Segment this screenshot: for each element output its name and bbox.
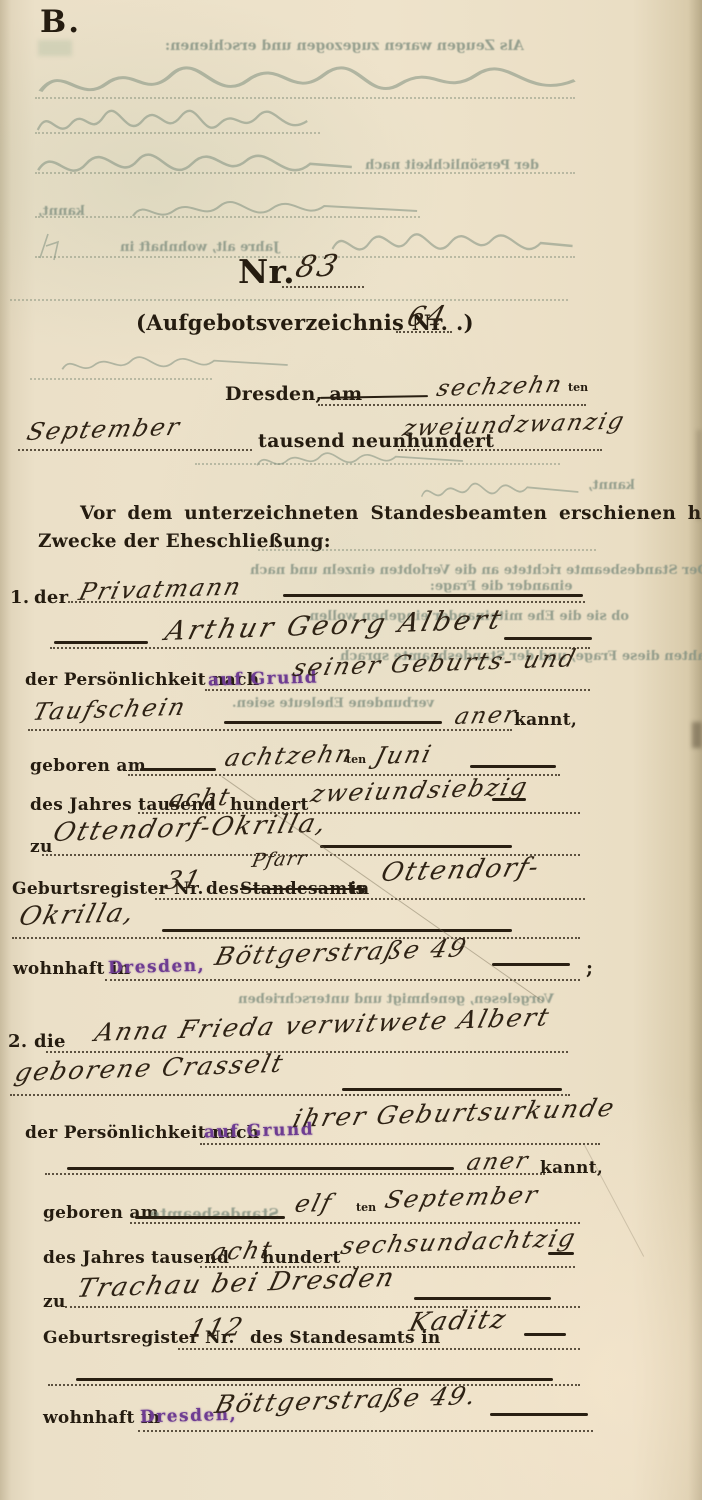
bride-year-tens-handwritten: sechsundachtzig xyxy=(338,1224,580,1260)
bride-name-rule xyxy=(46,1051,568,1053)
pen-stroke xyxy=(414,1297,551,1300)
groom-basis-rule xyxy=(28,729,512,731)
date-place-label: Dresden, am xyxy=(225,383,362,405)
year-handwritten: zweiundzwanzig xyxy=(400,408,628,442)
bride-born-rule xyxy=(130,1222,580,1224)
ink-smudge xyxy=(38,40,72,56)
groom-recognized-printed: kannt, xyxy=(514,710,577,730)
bride-born-label: geboren am xyxy=(43,1203,159,1223)
groom-full-name-handwritten: Arthur Georg Albert xyxy=(162,604,507,647)
pen-stroke xyxy=(492,963,570,966)
pen-stroke xyxy=(504,637,592,640)
scanned-marriage-record: B. Als Zeugen waren zugezogen und erschi… xyxy=(0,0,702,1500)
pen-stroke xyxy=(162,929,512,932)
groom-article: der xyxy=(34,587,68,608)
groom-year-tens-handwritten: zweiundsiebzig xyxy=(308,773,532,808)
bleedthrough-rule xyxy=(35,216,420,218)
bride-recognized-rule xyxy=(45,1173,545,1175)
bleedthrough-rule xyxy=(35,97,575,99)
bleedthrough-rule xyxy=(30,378,212,380)
bleedthrough-handwriting-squiggle xyxy=(35,62,580,106)
bleedthrough-handwriting-squiggle xyxy=(330,228,575,264)
groom-identity-basis-handwritten: seiner Geburts- und xyxy=(290,644,580,682)
dresden-stamp: Dresden, xyxy=(108,956,206,979)
bride-year-label: des Jahres tausend xyxy=(43,1248,229,1268)
groom-recognized-handwritten: aner xyxy=(452,702,520,730)
bleedthrough-standesbeamte-fragment: Standesbeamte xyxy=(150,1205,279,1223)
pen-stroke xyxy=(492,798,526,801)
bleedthrough-rule xyxy=(35,172,575,174)
bleedthrough-kannt-fragment: kannt, xyxy=(588,478,635,493)
pen-stroke xyxy=(548,1252,574,1255)
pen-stroke xyxy=(320,845,512,848)
groom-register-number-handwritten: 31 xyxy=(162,865,205,895)
bride-name2-handwritten: geborene Crasselt xyxy=(12,1049,288,1087)
bleedthrough-handwriting-squiggle xyxy=(255,448,465,474)
bride-birthplace-handwritten: Trachau bei Dresden xyxy=(74,1263,399,1304)
date-day-handwritten: sechzehn xyxy=(434,372,566,402)
bride-residence-rule xyxy=(138,1430,593,1432)
bride-register-place-handwritten: Kaditz xyxy=(406,1305,510,1338)
groom-identity-rule xyxy=(205,689,590,691)
pen-stroke xyxy=(490,1413,588,1416)
date-rule xyxy=(318,404,586,406)
aufgebot-rule xyxy=(396,331,452,333)
aufgebot-number-value: 64 xyxy=(404,301,451,333)
intro-rule xyxy=(258,549,596,551)
bleedthrough-handwriting-squiggle xyxy=(60,352,290,378)
corner-letter: B. xyxy=(40,4,81,40)
bleedthrough-handwriting-squiggle xyxy=(35,148,355,186)
bride-identity-rule xyxy=(200,1143,600,1145)
groom-register-rule xyxy=(155,898,585,900)
pen-stroke xyxy=(76,1378,553,1381)
groom-birth-day-handwritten: achtzehn xyxy=(222,740,357,772)
bleedthrough-closing-fragment: verbundene Eheleute seien. xyxy=(232,696,434,711)
groom-register-office-correction-handwritten: Pfarr xyxy=(250,847,309,872)
bride-register-rule xyxy=(178,1348,580,1350)
bleedthrough-identity-fragment: der Persönlichkeit nach xyxy=(365,158,539,173)
pen-stroke xyxy=(67,1167,454,1170)
pen-stroke xyxy=(140,768,216,771)
pen-stroke xyxy=(283,594,583,597)
record-number-value: 83 xyxy=(292,249,343,285)
groom-born-label: geboren am xyxy=(30,756,146,776)
bleedthrough-rule xyxy=(10,299,568,301)
bride-name1-handwritten: Anna Frieda verwitwete Albert xyxy=(92,1002,554,1047)
groom-register-des: des xyxy=(206,879,239,899)
groom-register-office-struck: Standesamts xyxy=(240,879,366,899)
bride-birth-month-handwritten: September xyxy=(382,1181,542,1214)
bride-birthplace-label: zu xyxy=(43,1292,66,1312)
bleedthrough-rule xyxy=(195,463,560,465)
pen-stroke xyxy=(342,1088,562,1091)
bride-article: die xyxy=(34,1031,66,1052)
paper-crease xyxy=(584,1145,644,1257)
bride-birth-day-handwritten: elf xyxy=(292,1189,336,1218)
groom-residence-terminator: ; xyxy=(586,957,593,979)
date-ordinal-suffix: ten xyxy=(568,381,588,394)
groom-register-place2-handwritten: Okrilla, xyxy=(16,898,139,932)
bleedthrough-handwriting-squiggle xyxy=(130,196,420,226)
groom-ordinal-suffix: ten xyxy=(346,753,366,766)
groom-item-number: 1. xyxy=(10,587,29,608)
pen-stroke xyxy=(470,765,556,768)
bride-recognized-handwritten: aner xyxy=(464,1148,532,1176)
pen-stroke xyxy=(224,721,442,724)
bleedthrough-handwriting-squiggle xyxy=(35,106,310,142)
bride-name2-rule xyxy=(10,1094,570,1096)
pen-stroke xyxy=(135,1216,285,1219)
groom-register-in: in xyxy=(350,879,369,899)
bleedthrough-question-line2: einander die Frage: xyxy=(430,579,573,594)
intro-line1: Vor dem unterzeichneten Standesbeamten e… xyxy=(80,503,702,524)
bride-residence-street-handwritten: Böttgerstraße 49. xyxy=(212,1381,481,1419)
pen-stroke xyxy=(54,641,148,644)
bride-register-number-handwritten: 112 xyxy=(186,1312,248,1343)
bleedthrough-handwriting-squiggle xyxy=(420,478,580,506)
groom-identity-basis2-handwritten: Taufschein xyxy=(30,693,190,726)
aufgebot-label-close: .) xyxy=(456,310,474,335)
bleedthrough-witness-header: Als Zeugen waren zugezogen und erschiene… xyxy=(165,38,524,54)
bleedthrough-rule xyxy=(35,132,320,134)
groom-occupation-rule xyxy=(68,601,585,603)
groom-register-place1-handwritten: Ottendorf- xyxy=(378,853,544,888)
date-month-handwritten: September xyxy=(24,413,184,446)
blank-rule xyxy=(48,1384,580,1386)
bride-ordinal-suffix: ten xyxy=(356,1201,376,1214)
groom-birth-month-handwritten: Juni xyxy=(372,740,436,770)
pen-stroke xyxy=(524,1333,566,1336)
bleedthrough-question-line1: Der Standesbeamte richtete an die Verlob… xyxy=(250,563,702,578)
groom-residence-rule xyxy=(105,979,580,981)
groom-year-hundred-handwritten: acht xyxy=(166,783,234,813)
bride-identity-basis-handwritten: ihrer Geburtsurkunde xyxy=(290,1093,619,1133)
record-number-rule xyxy=(282,286,364,288)
page-edge-mark xyxy=(692,722,702,748)
month-rule xyxy=(18,449,252,451)
bride-item-number: 2. xyxy=(8,1031,27,1052)
page-edge-shadow xyxy=(696,430,702,520)
